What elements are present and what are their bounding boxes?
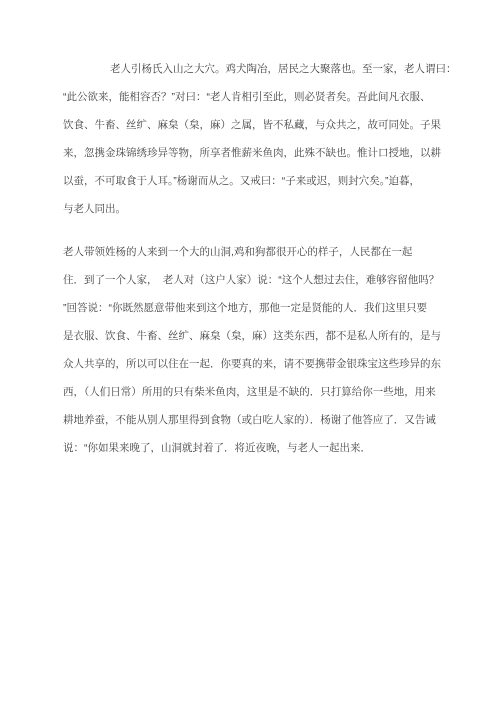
text-line: 是衣服、饮食、牛畜、丝纩、麻枲（枲，麻）这类东西，都不是私人所有的，是与: [63, 322, 443, 350]
text-line: 老人带领姓杨的人来到一个大的山洞,鸡和狗都很开心的样子，人民都在一起: [63, 238, 443, 266]
text-line: 耕地养蚕，不能从别人那里得到食物（或白吃人家的）．杨谢了他答应了．又告诫: [63, 406, 443, 434]
text-line: 饮食、牛畜、丝纩、麻枲（枲，麻）之属，皆不私藏，与众共之，故可同处。子果: [63, 111, 443, 139]
text-line: 老人引杨氏入山之大穴。鸡犬陶冶，居民之大聚落也。至一家，老人谓曰：: [63, 55, 443, 83]
page: { "document": { "background_color": "#ff…: [0, 0, 500, 708]
document-body: 老人引杨氏入山之大穴。鸡犬陶冶，居民之大聚落也。至一家，老人谓曰： “此公欲来，…: [63, 55, 443, 462]
text-line: 来，忽携金珠锦绣珍异等物，所享者惟薪米鱼肉，此殊不缺也。惟计口授地，以耕: [63, 139, 443, 167]
text-line: ”回答说：“你既然愿意带他来到这个地方，那他一定是贤能的人．我们这里只要: [63, 294, 443, 322]
translation-paragraph: 老人带领姓杨的人来到一个大的山洞,鸡和狗都很开心的样子，人民都在一起 住．到了一…: [63, 238, 443, 462]
text-line: 众人共享的，所以可以住在一起．你要真的来，请不要携带金银珠宝这些珍异的东: [63, 350, 443, 378]
classical-paragraph: 老人引杨氏入山之大穴。鸡犬陶冶，居民之大聚落也。至一家，老人谓曰： “此公欲来，…: [63, 55, 443, 223]
text-line: 与老人同出。: [63, 195, 443, 223]
text-line: 西，（人们日常）所用的只有柴米鱼肉，这里是不缺的．只打算给你一些地，用来: [63, 378, 443, 406]
text-line: “此公欲来，能相容否？”对曰：“老人肯相引至此，则必贤者矣。吾此间凡衣服、: [63, 83, 443, 111]
text-line: 以蚕，不可取食于人耳。”杨谢而从之。又戒曰：“子来或迟，则封穴矣。”迫暮，: [63, 167, 443, 195]
text-line: 说：“你如果来晚了，山洞就封着了．将近夜晚，与老人一起出来．: [63, 434, 443, 462]
text-line: 住．到了一个人家， 老人对（这户人家）说：“这个人想过去住，难够容留他吗？: [63, 266, 443, 294]
